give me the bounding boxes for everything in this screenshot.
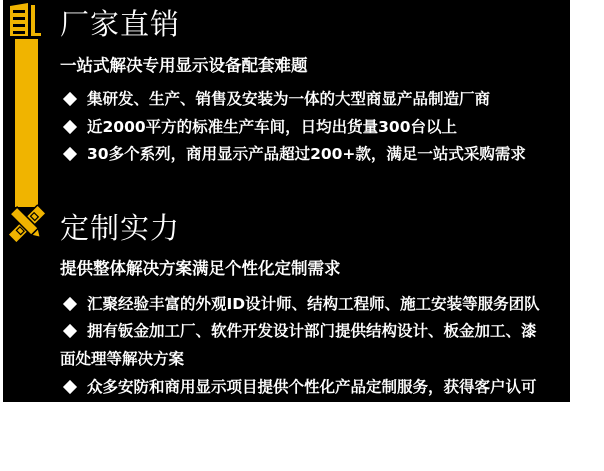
diamond-bullet-icon (63, 297, 77, 311)
section1-subtitle: 一站式解决专用显示设备配套难题 (60, 56, 308, 76)
section2-list-item: 拥有钣金加工厂、软件开发设计部门提供结构设计、板金加工、漆 (3, 321, 570, 341)
diamond-bullet-icon (63, 92, 77, 106)
section1-list-item: 集研发、生产、销售及安装为一体的大型商显产品制造厂商 (3, 89, 570, 109)
section1-title: 厂家直销 (60, 7, 180, 41)
section1-list-item: 30多个系列，商用显示产品超过200+款，满足一站式采购需求 (3, 144, 570, 164)
section1-list-item: 近2000平方的标准生产车间，日均出货量300台以上 (3, 117, 570, 137)
pencil-ruler-icon (7, 203, 47, 245)
diamond-bullet-icon (63, 380, 77, 394)
section2-list-item: 众多安防和商用显示项目提供个性化产品定制服务，获得客户认可 (3, 377, 570, 397)
building-icon (8, 2, 42, 38)
list-item-text: 近2000平方的标准生产车间，日均出货量300台以上 (87, 117, 457, 137)
list-item-continuation: 面处理等解决方案 (60, 349, 184, 369)
list-item-text: 集研发、生产、销售及安装为一体的大型商显产品制造厂商 (87, 89, 490, 109)
list-item-text: 汇聚经验丰富的外观ID设计师、结构工程师、施工安装等服务团队 (87, 294, 540, 314)
diamond-bullet-icon (63, 147, 77, 161)
section2-subtitle: 提供整体解决方案满足个性化定制需求 (60, 259, 341, 279)
diamond-bullet-icon (63, 324, 77, 338)
diamond-bullet-icon (63, 120, 77, 134)
section2-list-item: 汇聚经验丰富的外观ID设计师、结构工程师、施工安装等服务团队 (3, 294, 570, 314)
content-panel: 厂家直销 一站式解决专用显示设备配套难题 集研发、生产、销售及安装为一体的大型商… (3, 0, 570, 402)
list-item-text: 众多安防和商用显示项目提供个性化产品定制服务，获得客户认可 (87, 377, 537, 397)
section2-title: 定制实力 (60, 211, 180, 245)
list-item-text: 30多个系列，商用显示产品超过200+款，满足一站式采购需求 (87, 144, 526, 164)
list-item-text: 拥有钣金加工厂、软件开发设计部门提供结构设计、板金加工、漆 (87, 321, 537, 341)
